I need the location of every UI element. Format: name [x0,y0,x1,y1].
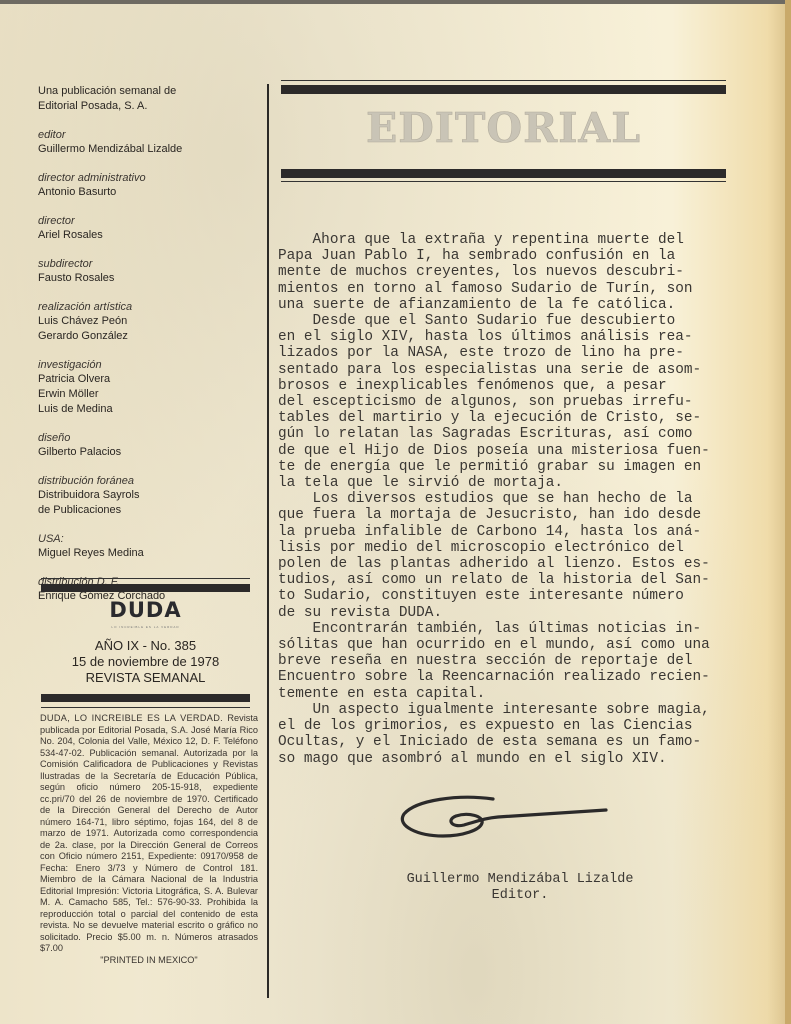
staff-name: Ariel Rosales [38,228,252,243]
staff-name: Luis de Medina [38,402,252,417]
editorial-line: to Sudario, constituyen este interesante… [278,588,768,604]
staff-name: Distribuidora Sayrols [38,488,252,503]
issue-type: REVISTA SEMANAL [41,670,250,686]
editorial-line: lizados por la NASA, este trozo de lino … [278,345,768,361]
signature-name: Guillermo Mendizábal Lizalde [270,872,770,888]
issue-box-rule [41,578,250,579]
editorial-line: la prueba infalible de Carbono 14, hasta… [278,524,768,540]
editorial-line: el de los grimorios, es expuesto en las … [278,718,768,734]
editorial-rule [281,80,726,81]
editorial-line: gún lo relatan las Sagradas Escrituras, … [278,426,768,442]
legal-heading: DUDA, LO INCREIBLE ES LA VERDAD. [40,713,227,723]
editorial-line: una suerte de afianzamiento de la fe cat… [278,297,768,313]
staff-role: editor [38,128,252,142]
issue-box-bar [41,584,250,592]
signature-title: Editor. [270,888,770,904]
editorial-line: Encontrarán también, las últimas noticia… [278,621,768,637]
editorial-line: sentado para los especialistas una serie… [278,362,768,378]
duda-logo: DUDA [41,598,250,622]
editorial-line: de su revista DUDA. [278,605,768,621]
editorial-line: sólitas que han ocurrido en el mundo, as… [278,637,768,653]
staff-role: distribución foránea [38,474,252,488]
issue-date: 15 de noviembre de 1978 [41,654,250,670]
editorial-title: EDITORIAL [281,104,726,152]
intro-line: Editorial Posada, S. A. [38,99,252,114]
staff-name: Antonio Basurto [38,185,252,200]
editorial-bar [281,85,726,94]
issue-box-rule [41,707,250,708]
staff-name: Guillermo Mendizábal Lizalde [38,142,252,157]
staff-role: investigación [38,358,252,372]
editorial-line: de que el Hijo de Dios poseía una mister… [278,443,768,459]
staff-name: Fausto Rosales [38,271,252,286]
staff-entry: distribución foráneaDistribuidora Sayrol… [38,474,252,518]
staff-name: de Publicaciones [38,503,252,518]
editorial-line: polen de las plantas adherido al lienzo.… [278,556,768,572]
legal-notice: DUDA, LO INCREIBLE ES LA VERDAD. Revista… [40,713,258,966]
staff-name: Erwin Möller [38,387,252,402]
page-top-edge [0,0,791,4]
editorial-line: la tela que le sirvió de mortaja. [278,475,768,491]
staff-role: diseño [38,431,252,445]
staff-name: Miguel Reyes Medina [38,546,252,561]
legal-body: Revista publicada por Editorial Posada, … [40,713,258,942]
editorial-rule [281,181,726,182]
column-divider [267,84,269,998]
signature-icon [398,790,613,845]
editorial-line: que fuera la mortaja de Jesucristo, han … [278,507,768,523]
editorial-line: mente de muchos creyentes, los nuevos de… [278,264,768,280]
editorial-line: tudios, así como un relato de la histori… [278,572,768,588]
editorial-line: Ocultas, y el Iniciado de esta semana es… [278,734,768,750]
editorial-line: Los diversos estudios que se han hecho d… [278,491,768,507]
editorial-line: te de energía que le permitió grabar su … [278,459,768,475]
staff-entry: director administrativoAntonio Basurto [38,171,252,200]
masthead-column: Una publicación semanal de Editorial Pos… [38,84,252,618]
staff-role: subdirector [38,257,252,271]
editorial-line: tables del martirio y la ejecución de Cr… [278,410,768,426]
staff-name: Gilberto Palacios [38,445,252,460]
staff-entry: directorAriel Rosales [38,214,252,243]
editorial-line: en el siglo XIV, hasta los últimos análi… [278,329,768,345]
intro-line: Una publicación semanal de [38,84,252,99]
staff-entry: editorGuillermo Mendizábal Lizalde [38,128,252,157]
staff-entry: diseñoGilberto Palacios [38,431,252,460]
editorial-body: Ahora que la extraña y repentina muerte … [278,232,768,767]
editorial-line: lisis por medio del microscopio electrón… [278,540,768,556]
staff-entry: investigaciónPatricia OlveraErwin Möller… [38,358,252,417]
staff-role: director administrativo [38,171,252,185]
staff-name: Gerardo González [38,329,252,344]
staff-role: director [38,214,252,228]
editorial-line: brosos e inexplicables fenómenos que, a … [278,378,768,394]
editorial-line: temente en esta capital. [278,686,768,702]
masthead-intro: Una publicación semanal de Editorial Pos… [38,84,252,114]
editorial-line: Papa Juan Pablo I, ha sembrado confusión… [278,248,768,264]
editorial-line: Un aspecto igualmente interesante sobre … [278,702,768,718]
editorial-line: Encuentro sobre la Reencarnación realiza… [278,669,768,685]
issue-box-bar [41,694,250,702]
staff-name: Patricia Olvera [38,372,252,387]
duda-tagline: LO INCREIBLE ES LA VERDAD [41,625,250,629]
editorial-line: breve reseña en nuestra sección de repor… [278,653,768,669]
magazine-page: Una publicación semanal de Editorial Pos… [0,0,791,1024]
editorial-line: Ahora que la extraña y repentina muerte … [278,232,768,248]
editorial-line: Desde que el Santo Sudario fue descubier… [278,313,768,329]
staff-entry: realización artísticaLuis Chávez PeónGer… [38,300,252,344]
staff-role: USA: [38,532,252,546]
editorial-bar [281,169,726,178]
page-right-edge [785,0,791,1024]
staff-entry: USA:Miguel Reyes Medina [38,532,252,561]
staff-name: Luis Chávez Peón [38,314,252,329]
editorial-line: del escepticismo de algunos, son pruebas… [278,394,768,410]
issue-year-number: AÑO IX - No. 385 [41,638,250,654]
staff-entry: subdirectorFausto Rosales [38,257,252,286]
issue-info: AÑO IX - No. 385 15 de noviembre de 1978… [41,638,250,686]
staff-role: realización artística [38,300,252,314]
editorial-line: so mago que asombró al mundo en el siglo… [278,751,768,767]
editorial-line: mientos en torno al famoso Sudario de Tu… [278,281,768,297]
legal-printed: "PRINTED IN MEXICO" [40,955,258,967]
staff-list: editorGuillermo Mendizábal Lizaldedirect… [38,128,252,604]
signature-block: Guillermo Mendizábal Lizalde Editor. [270,872,770,904]
